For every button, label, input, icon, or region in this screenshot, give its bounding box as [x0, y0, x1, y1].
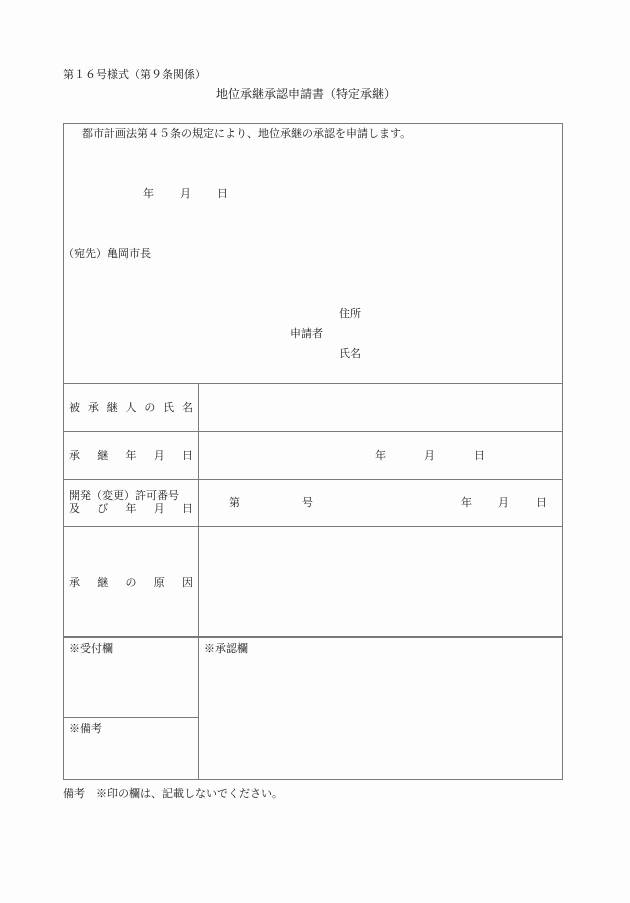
- column-divider: [198, 383, 199, 780]
- divider-line: [63, 526, 563, 527]
- permit-year-label: 年: [461, 497, 472, 508]
- label-succession-reason: 承 継 の 原 因: [69, 577, 193, 588]
- approval-column-label: ※承認欄: [204, 643, 248, 654]
- label-predecessor-name: 被 承 継 人 の 氏 名: [69, 402, 193, 413]
- application-statement: 都市計画法第４５条の規定により、地位承継の承認を申請します。: [82, 128, 411, 139]
- succession-reason-field[interactable]: [200, 528, 562, 635]
- reception-column-label: ※受付欄: [69, 643, 113, 654]
- date-month-label: 月: [180, 188, 191, 199]
- divider-line: [63, 383, 563, 384]
- divider-line-thick: [63, 636, 563, 638]
- label-succession-date: 承 継 年 月 日: [69, 450, 193, 461]
- form-number: 第１６号様式（第９条関係）: [63, 69, 206, 80]
- permit-day-label: 日: [536, 497, 547, 508]
- date-year-label: 年: [143, 188, 154, 199]
- label-permit-number-line1: 開発（変更）許可番号: [69, 490, 193, 501]
- succession-month-label: 月: [424, 450, 435, 461]
- succession-date-field[interactable]: 年 月 日: [200, 433, 562, 478]
- applicant-label: 申請者: [290, 328, 323, 339]
- remarks-column-label: ※備考: [69, 723, 102, 734]
- applicant-name-label: 氏名: [339, 348, 361, 359]
- label-permit-number-line2: 及 び 年 月 日: [69, 503, 193, 514]
- permit-dai-label: 第: [229, 497, 240, 508]
- applicant-address-label: 住所: [339, 308, 361, 319]
- permit-go-label: 号: [302, 497, 313, 508]
- permit-month-label: 月: [498, 497, 509, 508]
- addressee: （宛先）亀岡市長: [63, 248, 151, 259]
- date-day-label: 日: [217, 188, 228, 199]
- divider-line: [63, 717, 198, 718]
- succession-year-label: 年: [375, 450, 386, 461]
- permit-number-date-field[interactable]: 第 号 年 月 日: [200, 481, 562, 525]
- footer-note: 備考 ※印の欄は、記載しないでください。: [63, 788, 283, 799]
- divider-line: [63, 431, 563, 432]
- divider-line: [63, 479, 563, 480]
- predecessor-name-field[interactable]: [200, 385, 562, 430]
- document-title: 地位承継承認申請書（特定承継）: [216, 88, 396, 100]
- succession-day-label: 日: [474, 450, 485, 461]
